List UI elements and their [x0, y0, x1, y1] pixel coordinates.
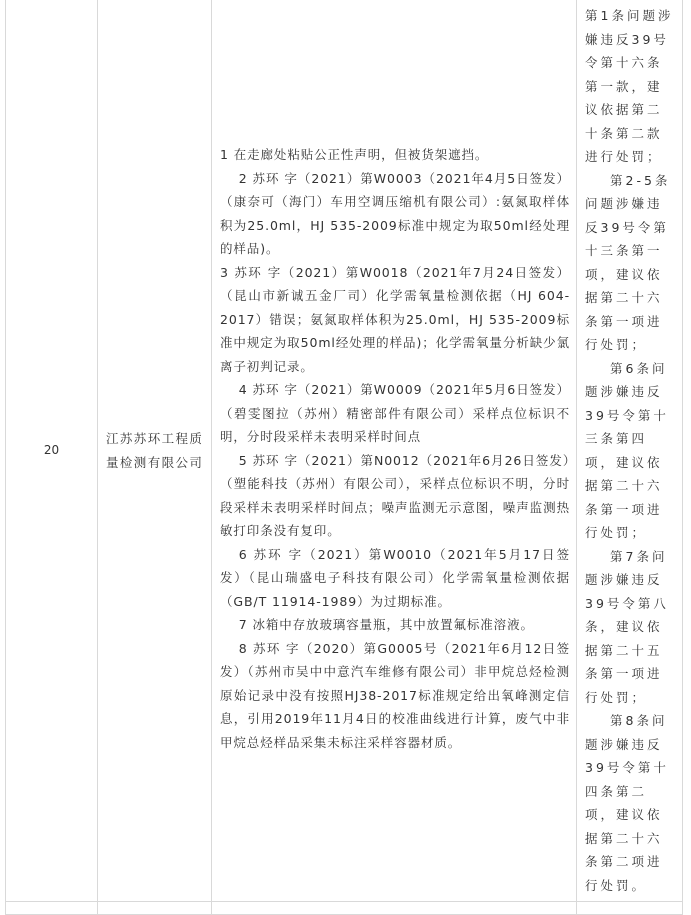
- row-index-cell: 20: [6, 0, 98, 770]
- penalty-table-container: 20 江苏苏环工程质量检测有限公司 1 在走廊处粘贴公正性声明，但被货架遮挡。 …: [5, 0, 683, 770]
- penalty-table: 20 江苏苏环工程质量检测有限公司 1 在走廊处粘贴公正性声明，但被货架遮挡。 …: [5, 0, 683, 770]
- penalty-item-3: 第6条问题涉嫌违反39号令第十三条第四项，建议依据第二十六条第一项进行处罚；: [585, 357, 677, 545]
- issue-item-1: 1 在走廊处粘贴公正性声明，但被货架遮挡。: [220, 143, 570, 167]
- issue-item-5: 5 苏环 字（2021）第N0012（2021年6月26日签发）（塑能科技（苏州…: [220, 449, 570, 543]
- penalty-item-4: 第7条问题涉嫌违反39号令第八条，建议依据第二十五条第一项进行处罚；: [585, 545, 677, 710]
- issues-cell: 1 在走廊处粘贴公正性声明，但被货架遮挡。 2 苏环 字（2021）第W0003…: [212, 0, 577, 770]
- issue-item-2: 2 苏环 字（2021）第W0003（2021年4月5日签发）（康奈可（海门）车…: [220, 167, 570, 261]
- issue-item-4: 4 苏环 字（2021）第W0009（2021年5月6日签发）（碧雯图拉（苏州）…: [220, 378, 570, 449]
- company-name-cell: 江苏苏环工程质量检测有限公司: [98, 0, 212, 770]
- penalty-item-2: 第2-5条问题涉嫌违反39号令第十三条第一项，建议依据第二十六条第一项进行处罚；: [585, 169, 677, 357]
- table-row: 20 江苏苏环工程质量检测有限公司 1 在走廊处粘贴公正性声明，但被货架遮挡。 …: [6, 0, 683, 770]
- issue-item-3: 3 苏环 字（2021）第W0018（2021年7月24日签发）（昆山市新诚五金…: [220, 261, 570, 379]
- issue-item-8: 8 苏环 字（2020）第G0005号（2021年6月12日签发）（苏州市吴中中…: [220, 637, 570, 755]
- penalty-item-5: 第8条问题涉嫌违反39号令第十四条第二项，建议依据第二十六条第二项进行处罚。: [585, 709, 677, 770]
- issue-item-7: 7 冰箱中存放玻璃容量瓶，其中放置氟标准溶液。: [220, 613, 570, 637]
- issue-item-6: 6 苏环 字（2021）第W0010（2021年5月17日签发）（昆山瑞盛电子科…: [220, 543, 570, 614]
- penalty-item-1: 第1条问题涉嫌违反39号令第十六条第一款，建议依据第二十条第二款进行处罚；: [585, 4, 677, 169]
- penalty-suggestion-cell: 第1条问题涉嫌违反39号令第十六条第一款，建议依据第二十条第二款进行处罚； 第2…: [577, 0, 683, 770]
